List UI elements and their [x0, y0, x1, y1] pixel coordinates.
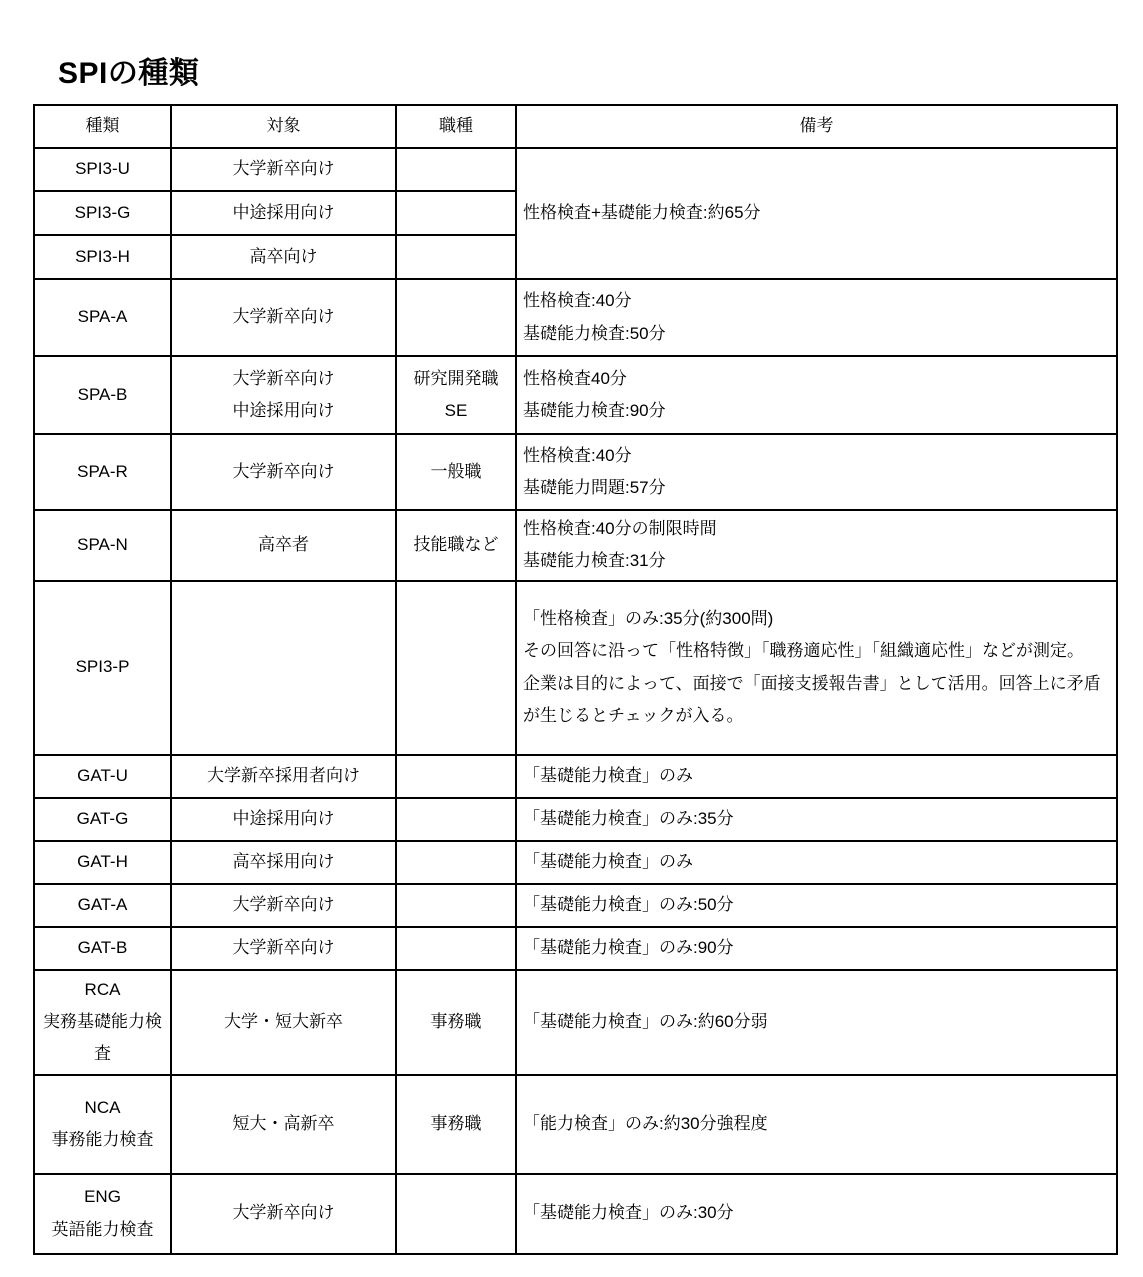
table-row: SPI3-P 「性格検査」のみ:35分(約300問) その回答に沿って「性格特徴…: [34, 581, 1117, 755]
target-cell: 高卒向け: [171, 235, 396, 279]
table-row: SPI3-U 大学新卒向け 性格検査+基礎能力検査:約65分: [34, 148, 1117, 191]
type-cell: GAT-U: [34, 755, 171, 798]
target-cell: 大学新卒採用者向け: [171, 755, 396, 798]
target-cell: 大学新卒向け: [171, 279, 396, 356]
header-cell-type: 種類: [34, 105, 171, 148]
type-cell: GAT-H: [34, 841, 171, 884]
job-cell: [396, 841, 516, 884]
job-cell: [396, 755, 516, 798]
job-cell: [396, 581, 516, 755]
job-cell: [396, 191, 516, 235]
job-cell: [396, 927, 516, 970]
type-cell: SPI3-G: [34, 191, 171, 235]
remarks-cell: 性格検査40分 基礎能力検査:90分: [516, 356, 1117, 434]
type-cell: NCA 事務能力検査: [34, 1075, 171, 1174]
remarks-cell: 「基礎能力検査」のみ:90分: [516, 927, 1117, 970]
type-cell: SPA-R: [34, 434, 171, 510]
document-page: SPIの種類 種類 対象 職種 備考 SPI3-U 大学新卒向け 性格検査+基礎…: [0, 0, 1143, 1277]
table-row: SPA-B 大学新卒向け 中途採用向け 研究開発職 SE 性格検査40分 基礎能…: [34, 356, 1117, 434]
job-cell: 事務職: [396, 970, 516, 1075]
job-cell: [396, 235, 516, 279]
page-title: SPIの種類: [58, 48, 199, 92]
table-row: RCA 実務基礎能力検査 大学・短大新卒 事務職 「基礎能力検査」のみ:約60分…: [34, 970, 1117, 1075]
target-cell: 高卒採用向け: [171, 841, 396, 884]
job-cell: [396, 798, 516, 841]
remarks-cell: 「能力検査」のみ:約30分強程度: [516, 1075, 1117, 1174]
remarks-cell: 「基礎能力検査」のみ: [516, 841, 1117, 884]
job-cell: [396, 1174, 516, 1254]
header-cell-target: 対象: [171, 105, 396, 148]
type-cell: SPI3-P: [34, 581, 171, 755]
job-cell: [396, 279, 516, 356]
target-cell: 短大・高新卒: [171, 1075, 396, 1174]
target-cell: 中途採用向け: [171, 798, 396, 841]
remarks-cell: 性格検査:40分 基礎能力検査:50分: [516, 279, 1117, 356]
type-cell: SPI3-H: [34, 235, 171, 279]
type-cell: SPA-B: [34, 356, 171, 434]
target-cell: 高卒者: [171, 510, 396, 581]
remarks-cell: 性格検査:40分 基礎能力問題:57分: [516, 434, 1117, 510]
job-cell: [396, 884, 516, 927]
target-cell: 大学新卒向け: [171, 148, 396, 191]
table-row: GAT-U 大学新卒採用者向け 「基礎能力検査」のみ: [34, 755, 1117, 798]
remarks-cell-merged: 性格検査+基礎能力検査:約65分: [516, 148, 1117, 279]
job-cell: 研究開発職 SE: [396, 356, 516, 434]
type-cell: GAT-G: [34, 798, 171, 841]
job-cell: [396, 148, 516, 191]
target-cell: 大学新卒向け: [171, 1174, 396, 1254]
table-row: NCA 事務能力検査 短大・高新卒 事務職 「能力検査」のみ:約30分強程度: [34, 1075, 1117, 1174]
job-cell: 技能職など: [396, 510, 516, 581]
table-row: SPA-N 高卒者 技能職など 性格検査:40分の制限時間 基礎能力検査:31分: [34, 510, 1117, 581]
remarks-cell: 「基礎能力検査」のみ: [516, 755, 1117, 798]
spi-types-table: 種類 対象 職種 備考 SPI3-U 大学新卒向け 性格検査+基礎能力検査:約6…: [33, 104, 1118, 1255]
remarks-cell: 性格検査:40分の制限時間 基礎能力検査:31分: [516, 510, 1117, 581]
type-cell: SPI3-U: [34, 148, 171, 191]
table-row: SPA-R 大学新卒向け 一般職 性格検査:40分 基礎能力問題:57分: [34, 434, 1117, 510]
target-cell: 中途採用向け: [171, 191, 396, 235]
type-cell: SPA-N: [34, 510, 171, 581]
type-cell: GAT-B: [34, 927, 171, 970]
target-cell: 大学・短大新卒: [171, 970, 396, 1075]
header-row: 種類 対象 職種 備考: [34, 105, 1117, 148]
remarks-cell: 「基礎能力検査」のみ:約60分弱: [516, 970, 1117, 1075]
target-cell: 大学新卒向け: [171, 434, 396, 510]
header-cell-job: 職種: [396, 105, 516, 148]
header-cell-remarks: 備考: [516, 105, 1117, 148]
remarks-cell: 「基礎能力検査」のみ:35分: [516, 798, 1117, 841]
target-cell: [171, 581, 396, 755]
table-row: SPA-A 大学新卒向け 性格検査:40分 基礎能力検査:50分: [34, 279, 1117, 356]
remarks-cell: 「基礎能力検査」のみ:30分: [516, 1174, 1117, 1254]
table-row: GAT-H 高卒採用向け 「基礎能力検査」のみ: [34, 841, 1117, 884]
type-cell: RCA 実務基礎能力検査: [34, 970, 171, 1075]
job-cell: 一般職: [396, 434, 516, 510]
table-row: GAT-B 大学新卒向け 「基礎能力検査」のみ:90分: [34, 927, 1117, 970]
target-cell: 大学新卒向け: [171, 927, 396, 970]
job-cell: 事務職: [396, 1075, 516, 1174]
table-row: ENG 英語能力検査 大学新卒向け 「基礎能力検査」のみ:30分: [34, 1174, 1117, 1254]
remarks-cell: 「性格検査」のみ:35分(約300問) その回答に沿って「性格特徴」「職務適応性…: [516, 581, 1117, 755]
remarks-cell: 「基礎能力検査」のみ:50分: [516, 884, 1117, 927]
type-cell: ENG 英語能力検査: [34, 1174, 171, 1254]
target-cell: 大学新卒向け 中途採用向け: [171, 356, 396, 434]
target-cell: 大学新卒向け: [171, 884, 396, 927]
table-row: GAT-A 大学新卒向け 「基礎能力検査」のみ:50分: [34, 884, 1117, 927]
table-row: GAT-G 中途採用向け 「基礎能力検査」のみ:35分: [34, 798, 1117, 841]
type-cell: SPA-A: [34, 279, 171, 356]
type-cell: GAT-A: [34, 884, 171, 927]
